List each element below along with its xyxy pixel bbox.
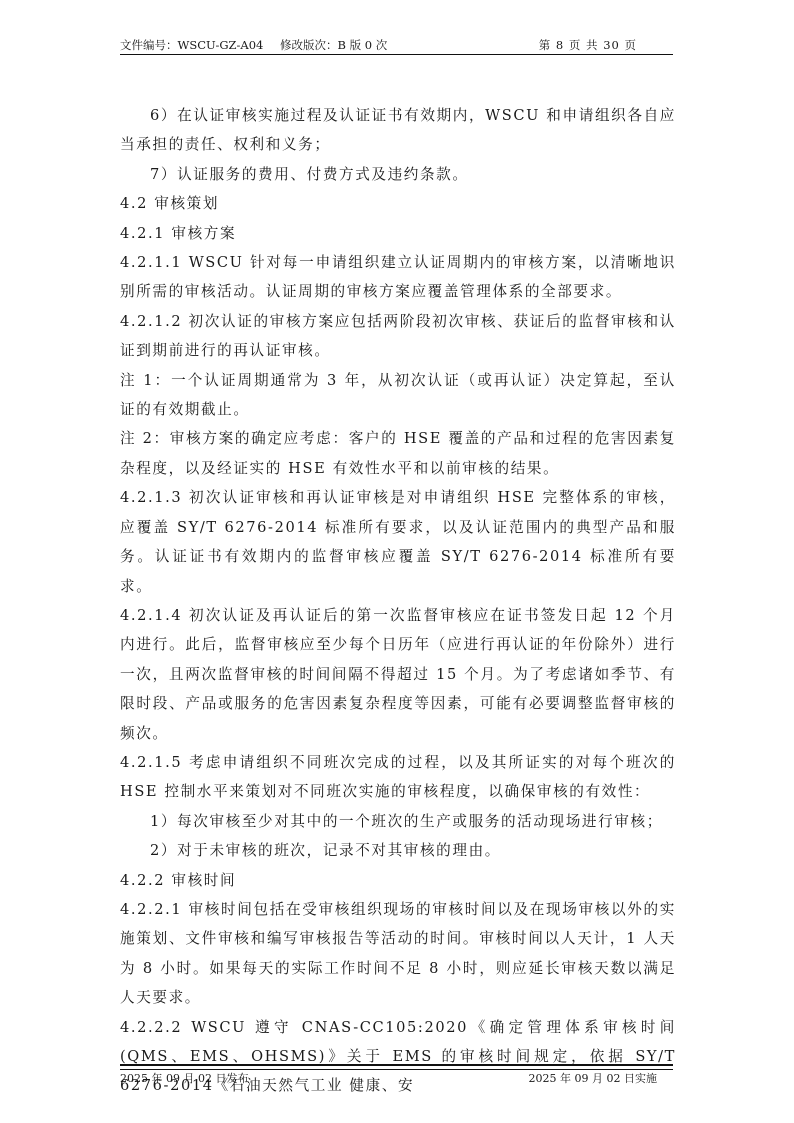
- paragraph-4-2-1-2: 4.2.1.2 初次认证的审核方案应包括两阶段初次审核、获证后的监督审核和认证到…: [120, 307, 676, 366]
- paragraph-4-2-2-2: 4.2.2.2 WSCU 遵守 CNAS-CC105:2020《确定管理体系审核…: [120, 1013, 676, 1101]
- page-footer: 2025 年 09 月 02 日发布 2025 年 09 月 02 日实施: [120, 1071, 673, 1087]
- effective-date: 2025 年 09 月 02 日实施: [529, 1071, 657, 1086]
- footer-thick-rule: [120, 1064, 673, 1066]
- paragraph-4-2-1-4: 4.2.1.4 初次认证及再认证后的第一次监督审核应在证书签发日起 12 个月内…: [120, 601, 676, 748]
- paragraph-4-2-1-3: 4.2.1.3 初次认证审核和再认证审核是对申请组织 HSE 完整体系的审核，应…: [120, 483, 676, 601]
- paragraph-item-7: 7）认证服务的费用、付费方式及违约条款。: [120, 160, 676, 189]
- paragraph-4-2-1-1: 4.2.1.1 WSCU 针对每一申请组织建立认证周期内的审核方案，以清晰地识别…: [120, 248, 676, 307]
- paragraph-4-2-1-5: 4.2.1.5 考虑申请组织不同班次完成的过程，以及其所证实的对每个班次的 HS…: [120, 748, 676, 807]
- note-1: 注 1：一个认证周期通常为 3 年，从初次认证（或再认证）决定算起，至认证的有效…: [120, 366, 676, 425]
- footer-thin-rule: [120, 1069, 673, 1070]
- document-number: 文件编号：WSCU-GZ-A04: [120, 38, 263, 53]
- issue-date: 2025 年 09 月 02 日发布: [120, 1071, 248, 1086]
- page-header: 文件编号：WSCU-GZ-A04 修改版次：B 版 0 次 第 8 页 共 30…: [120, 37, 673, 55]
- note-2: 注 2：审核方案的确定应考虑：客户的 HSE 覆盖的产品和过程的危害因素复杂程度…: [120, 424, 676, 483]
- list-item-1: 1）每次审核至少对其中的一个班次的生产或服务的活动现场进行审核；: [120, 807, 676, 836]
- section-heading-4-2: 4.2 审核策划: [120, 189, 676, 218]
- section-heading-4-2-1: 4.2.1 审核方案: [120, 219, 676, 248]
- revision-label: 修改版次：B 版 0 次: [280, 38, 387, 53]
- section-heading-4-2-2: 4.2.2 审核时间: [120, 866, 676, 895]
- paragraph-item-6: 6）在认证审核实施过程及认证证书有效期内，WSCU 和申请组织各自应当承担的责任…: [120, 101, 676, 160]
- page-indicator: 第 8 页 共 30 页: [539, 38, 637, 53]
- list-item-2: 2）对于未审核的班次，记录不对其审核的理由。: [120, 836, 676, 865]
- paragraph-4-2-2-1: 4.2.2.1 审核时间包括在受审核组织现场的审核时间以及在现场审核以外的实施策…: [120, 895, 676, 1013]
- document-body: 6）在认证审核实施过程及认证证书有效期内，WSCU 和申请组织各自应当承担的责任…: [120, 101, 676, 1101]
